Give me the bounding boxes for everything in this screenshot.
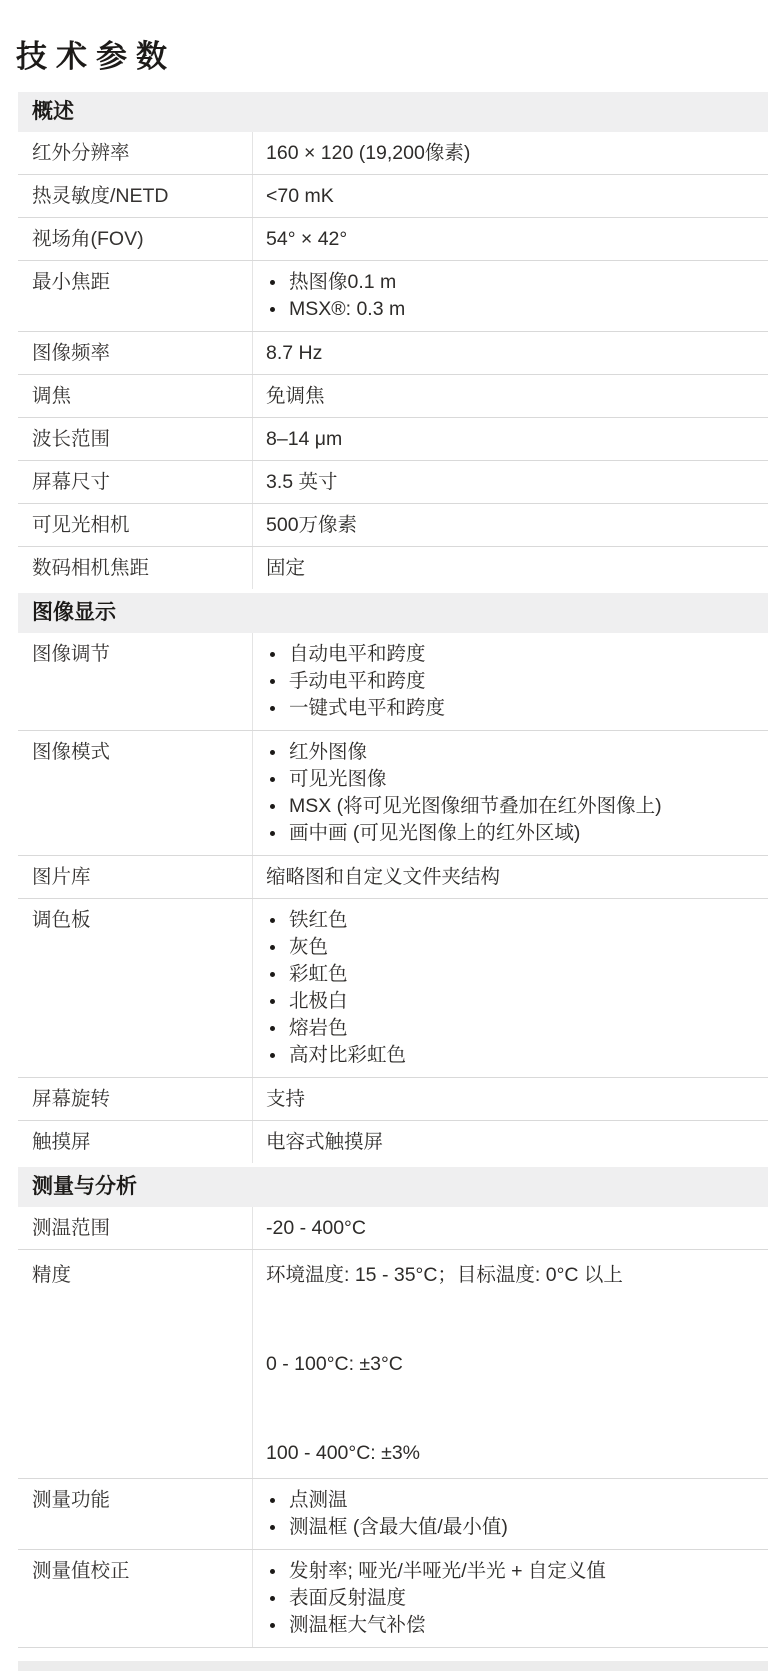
spec-value-text: 54° × 42° (266, 226, 758, 252)
bullet-item: 画中画 (可见光图像上的红外区域) (287, 820, 758, 846)
section-header: 图像显示 (18, 593, 768, 633)
spec-label: 图像模式 (18, 731, 252, 855)
bullet-item: 测温框 (含最大值/最小值) (287, 1514, 758, 1540)
spec-value-line: 环境温度: 15 - 35°C；目标温度: 0°C 以上 (266, 1262, 758, 1288)
bullet-item: MSX®: 0.3 m (287, 296, 758, 322)
bullet-item: MSX (将可见光图像细节叠加在红外图像上) (287, 793, 758, 819)
spec-value: <70 mK (252, 175, 768, 217)
table-row: 触摸屏电容式触摸屏 (18, 1120, 768, 1163)
table-row: 视场角(FOV)54° × 42° (18, 217, 768, 260)
spec-table: 概述红外分辨率160 × 120 (19,200像素)热灵敏度/NETD<70 … (18, 92, 768, 1647)
table-row: 调色板铁红色灰色彩虹色北极白熔岩色高对比彩虹色 (18, 898, 768, 1077)
spec-value: 支持 (252, 1078, 768, 1120)
spec-label: 调焦 (18, 375, 252, 417)
spec-label: 屏幕尺寸 (18, 461, 252, 503)
table-bottom-rule (18, 1647, 768, 1648)
spec-value: 8–14 μm (252, 418, 768, 460)
spec-value: 自动电平和跨度手动电平和跨度一键式电平和跨度 (252, 633, 768, 730)
bullet-list: 发射率; 哑光/半哑光/半光 + 自定义值表面反射温度测温框大气补偿 (266, 1558, 758, 1638)
spec-value: 500万像素 (252, 504, 768, 546)
spec-value-text: <70 mK (266, 183, 758, 209)
spec-sheet-page: 技术参数 概述红外分辨率160 × 120 (19,200像素)热灵敏度/NET… (0, 0, 776, 1671)
spaced-paragraphs: 环境温度: 15 - 35°C；目标温度: 0°C 以上0 - 100°C: ±… (266, 1262, 758, 1466)
bullet-list: 铁红色灰色彩虹色北极白熔岩色高对比彩虹色 (266, 907, 758, 1068)
spec-label: 屏幕旋转 (18, 1078, 252, 1120)
table-row: 测量值校正发射率; 哑光/半哑光/半光 + 自定义值表面反射温度测温框大气补偿 (18, 1549, 768, 1647)
bullet-item: 表面反射温度 (287, 1585, 758, 1611)
spec-label: 图像调节 (18, 633, 252, 730)
spec-label: 可见光相机 (18, 504, 252, 546)
bullet-item: 测温框大气补偿 (287, 1612, 758, 1638)
bullet-item: 红外图像 (287, 739, 758, 765)
spec-value-text: 8–14 μm (266, 426, 758, 452)
spec-value-line: 100 - 400°C: ±3% (266, 1440, 758, 1466)
table-row: 图像频率8.7 Hz (18, 331, 768, 374)
bullet-item: 北极白 (287, 988, 758, 1014)
bullet-item: 熔岩色 (287, 1015, 758, 1041)
table-row: 调焦免调焦 (18, 374, 768, 417)
table-row: 图像模式红外图像可见光图像MSX (将可见光图像细节叠加在红外图像上)画中画 (… (18, 730, 768, 855)
spec-value: 热图像0.1 mMSX®: 0.3 m (252, 261, 768, 331)
spec-value: -20 - 400°C (252, 1207, 768, 1249)
spec-value-text: -20 - 400°C (266, 1215, 758, 1241)
spec-value-text: 500万像素 (266, 512, 758, 538)
table-row: 热灵敏度/NETD<70 mK (18, 174, 768, 217)
table-row: 屏幕旋转支持 (18, 1077, 768, 1120)
spec-value-text: 支持 (266, 1086, 758, 1112)
spec-value: 发射率; 哑光/半哑光/半光 + 自定义值表面反射温度测温框大气补偿 (252, 1550, 768, 1647)
spec-value-text: 3.5 英寸 (266, 469, 758, 495)
spec-label: 视场角(FOV) (18, 218, 252, 260)
spec-label: 波长范围 (18, 418, 252, 460)
bullet-item: 可见光图像 (287, 766, 758, 792)
table-row: 屏幕尺寸3.5 英寸 (18, 460, 768, 503)
spec-label: 图片库 (18, 856, 252, 898)
spec-value-text: 缩略图和自定义文件夹结构 (266, 864, 758, 890)
table-row: 红外分辨率160 × 120 (19,200像素) (18, 132, 768, 174)
bullet-item: 发射率; 哑光/半哑光/半光 + 自定义值 (287, 1558, 758, 1584)
table-row: 最小焦距热图像0.1 mMSX®: 0.3 m (18, 260, 768, 331)
bullet-item: 手动电平和跨度 (287, 668, 758, 694)
spec-value: 160 × 120 (19,200像素) (252, 132, 768, 174)
bullet-list: 红外图像可见光图像MSX (将可见光图像细节叠加在红外图像上)画中画 (可见光图… (266, 739, 758, 846)
bullet-item: 点测温 (287, 1487, 758, 1513)
bullet-item: 铁红色 (287, 907, 758, 933)
spec-value-text: 免调焦 (266, 383, 758, 409)
spec-label: 数码相机焦距 (18, 547, 252, 589)
section-rows: 图像调节自动电平和跨度手动电平和跨度一键式电平和跨度图像模式红外图像可见光图像M… (18, 633, 768, 1163)
table-row: 测量功能点测温测温框 (含最大值/最小值) (18, 1478, 768, 1549)
spec-value-text: 8.7 Hz (266, 340, 758, 366)
spec-value: 电容式触摸屏 (252, 1121, 768, 1163)
spec-section: 测量与分析测温范围-20 - 400°C精度环境温度: 15 - 35°C；目标… (18, 1167, 768, 1647)
bullet-item: 自动电平和跨度 (287, 641, 758, 667)
spec-value-line: 0 - 100°C: ±3°C (266, 1351, 758, 1377)
spec-value: 8.7 Hz (252, 332, 768, 374)
spec-label: 最小焦距 (18, 261, 252, 331)
table-row: 图片库缩略图和自定义文件夹结构 (18, 855, 768, 898)
spec-label: 测量值校正 (18, 1550, 252, 1647)
bullet-item: 灰色 (287, 934, 758, 960)
spec-value: 免调焦 (252, 375, 768, 417)
bullet-list: 自动电平和跨度手动电平和跨度一键式电平和跨度 (266, 641, 758, 721)
next-section-header-bar (18, 1661, 768, 1671)
table-row: 测温范围-20 - 400°C (18, 1207, 768, 1249)
spec-section: 图像显示图像调节自动电平和跨度手动电平和跨度一键式电平和跨度图像模式红外图像可见… (18, 593, 768, 1163)
spec-label: 测量功能 (18, 1479, 252, 1549)
spec-label: 图像频率 (18, 332, 252, 374)
bullet-list: 点测温测温框 (含最大值/最小值) (266, 1487, 758, 1540)
table-row: 波长范围8–14 μm (18, 417, 768, 460)
spec-value: 54° × 42° (252, 218, 768, 260)
bullet-item: 热图像0.1 m (287, 269, 758, 295)
spec-value-text: 电容式触摸屏 (266, 1129, 758, 1155)
spec-value: 铁红色灰色彩虹色北极白熔岩色高对比彩虹色 (252, 899, 768, 1077)
table-row: 精度环境温度: 15 - 35°C；目标温度: 0°C 以上0 - 100°C:… (18, 1249, 768, 1478)
spec-label: 精度 (18, 1250, 252, 1478)
spec-value: 3.5 英寸 (252, 461, 768, 503)
bullet-item: 一键式电平和跨度 (287, 695, 758, 721)
section-rows: 红外分辨率160 × 120 (19,200像素)热灵敏度/NETD<70 mK… (18, 132, 768, 589)
table-row: 可见光相机500万像素 (18, 503, 768, 546)
spec-label: 热灵敏度/NETD (18, 175, 252, 217)
spec-value-text: 固定 (266, 555, 758, 581)
bullet-item: 高对比彩虹色 (287, 1042, 758, 1068)
bullet-item: 彩虹色 (287, 961, 758, 987)
spec-value-text: 160 × 120 (19,200像素) (266, 140, 758, 166)
spec-value: 环境温度: 15 - 35°C；目标温度: 0°C 以上0 - 100°C: ±… (252, 1250, 768, 1478)
table-row: 图像调节自动电平和跨度手动电平和跨度一键式电平和跨度 (18, 633, 768, 730)
page-title: 技术参数 (0, 0, 776, 92)
bullet-list: 热图像0.1 mMSX®: 0.3 m (266, 269, 758, 322)
spec-value: 点测温测温框 (含最大值/最小值) (252, 1479, 768, 1549)
section-header: 测量与分析 (18, 1167, 768, 1207)
spec-label: 调色板 (18, 899, 252, 1077)
spec-label: 触摸屏 (18, 1121, 252, 1163)
spec-label: 测温范围 (18, 1207, 252, 1249)
spec-value: 红外图像可见光图像MSX (将可见光图像细节叠加在红外图像上)画中画 (可见光图… (252, 731, 768, 855)
section-rows: 测温范围-20 - 400°C精度环境温度: 15 - 35°C；目标温度: 0… (18, 1207, 768, 1647)
spec-value: 缩略图和自定义文件夹结构 (252, 856, 768, 898)
spec-section: 概述红外分辨率160 × 120 (19,200像素)热灵敏度/NETD<70 … (18, 92, 768, 589)
spec-label: 红外分辨率 (18, 132, 252, 174)
spec-value: 固定 (252, 547, 768, 589)
section-header: 概述 (18, 92, 768, 132)
table-row: 数码相机焦距固定 (18, 546, 768, 589)
